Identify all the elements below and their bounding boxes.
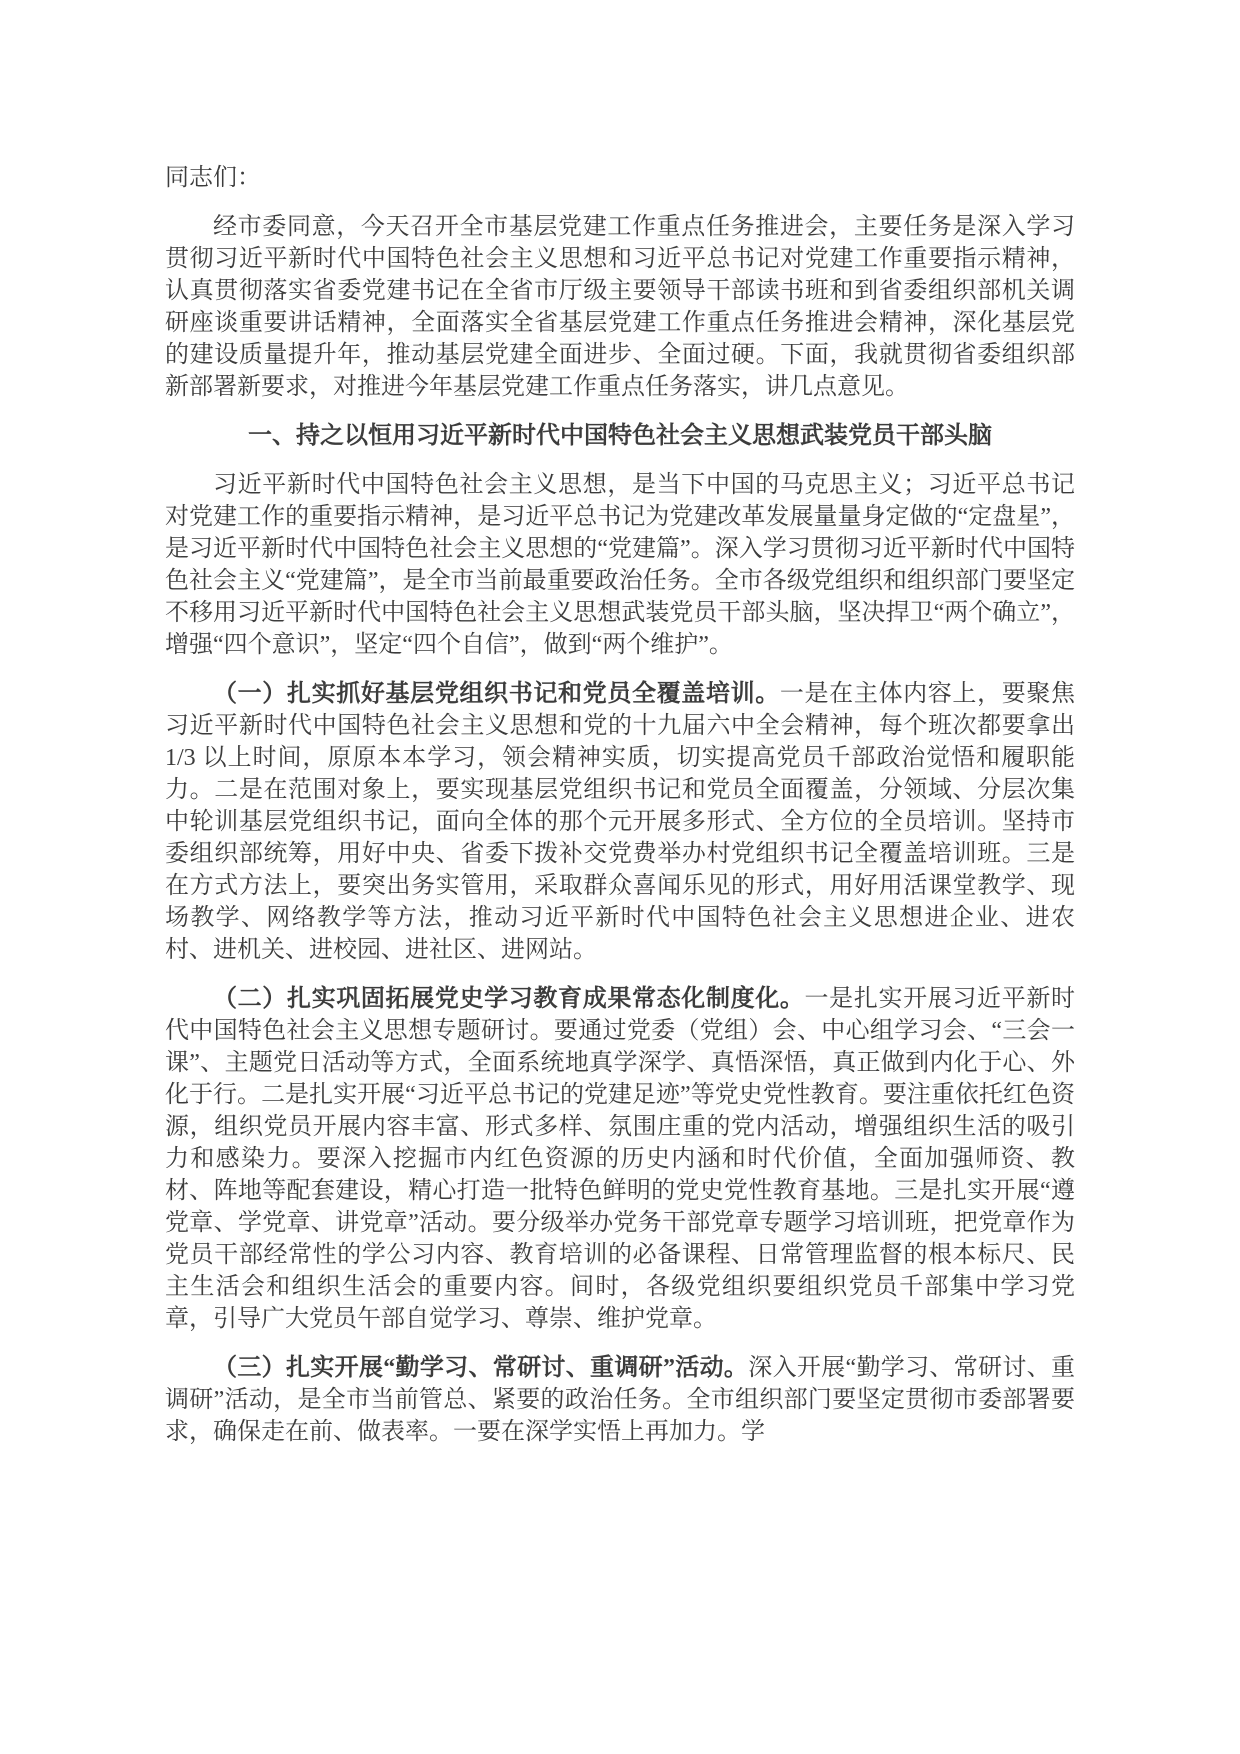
subsection-1-lead: （一）扎实抓好基层党组织书记和党员全覆盖培训。 [213, 681, 780, 707]
subsection-2-lead: （二）扎实巩固拓展党史学习教育成果常态化制度化。 [213, 986, 805, 1012]
subsection-1-paragraph: （一）扎实抓好基层党组织书记和党员全覆盖培训。一是在主体内容上，要聚焦习近平新时… [165, 678, 1075, 966]
section-1-intro-paragraph: 习近平新时代中国特色社会主义思想，是当下中国的马克思主义；习近平总书记对党建工作… [165, 469, 1075, 661]
subsection-2-body: 一是扎实开展习近平新时代中国特色社会主义思想专题研讨。要通过党委（党组）会、中心… [165, 986, 1075, 1332]
subsection-2-paragraph: （二）扎实巩固拓展党史学习教育成果常态化制度化。一是扎实开展习近平新时代中国特色… [165, 983, 1075, 1335]
subsection-3-paragraph: （三）扎实开展“勤学习、常研讨、重调研”活动。深入开展“勤学习、常研讨、重调研”… [165, 1352, 1075, 1448]
section-1-heading: 一、持之以恒用习近平新时代中国特色社会主义思想武装党员干部头脑 [165, 420, 1075, 452]
subsection-1-body: 一是在主体内容上，要聚焦习近平新时代中国特色社会主义思想和党的十九届六中全会精神… [165, 681, 1075, 963]
opening-paragraph: 经市委同意，今天召开全市基层党建工作重点任务推进会，主要任务是深入学习贯彻习近平… [165, 211, 1075, 403]
subsection-3-lead: （三）扎实开展“勤学习、常研讨、重调研”活动。 [213, 1355, 748, 1381]
salutation-line: 同志们： [165, 162, 1075, 194]
document-page: 同志们： 经市委同意，今天召开全市基层党建工作重点任务推进会，主要任务是深入学习… [0, 0, 1240, 1754]
